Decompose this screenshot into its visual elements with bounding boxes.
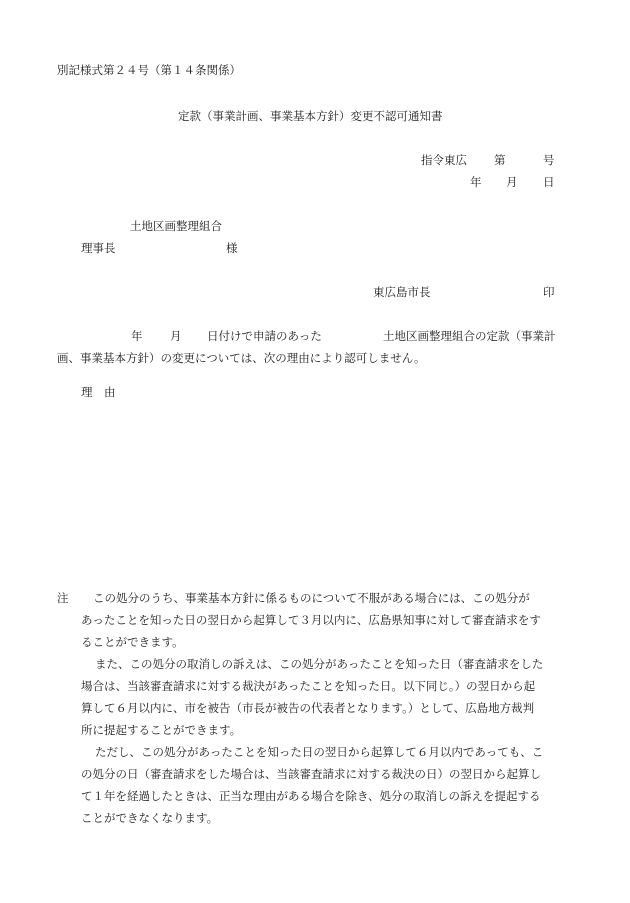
notes-p1-line: ることができます。: [81, 635, 184, 649]
notes-p3-line: て１年を経過したときは、正当な理由がある場合を除き、処分の取消しの訴えを提起する: [81, 789, 541, 803]
notes-p2-line: また、この処分の取消しの訴えは、この処分があったことを知った日（審査請求をした: [95, 657, 543, 671]
notes-mark: 注: [57, 591, 69, 605]
body-text-b: 土地区画整理組合の定款（事業計: [383, 329, 556, 343]
body-line-2: 画、事業基本方針）の変更については、次の理由により認可しません。: [57, 351, 425, 365]
date-day: 日: [543, 175, 555, 189]
document-title: 定款（事業計画、事業基本方針）変更不認可通知書: [178, 109, 443, 123]
issuer-name: 東広島市長: [373, 285, 431, 299]
addressee-association: 土地区画整理組合: [130, 219, 222, 233]
notes-p3-line: ただし、この処分があったことを知った日の翌日から起算して６月以内であっても、こ: [95, 745, 543, 759]
notes-p3-line: ことができなくなります。: [81, 811, 218, 825]
form-label: 別記様式第２４号（第１４条関係）: [57, 63, 241, 77]
reference-prefix: 指令東広: [421, 153, 467, 167]
notes-p3-line: の処分の日（審査請求をした場合は、当該審査請求に対する裁決の日）の翌日から起算し: [81, 767, 541, 781]
date-year: 年: [470, 175, 482, 189]
date-month: 月: [506, 175, 518, 189]
notes-p2-line: 所に提起することができます。: [81, 723, 241, 737]
reference-go: 号: [543, 153, 555, 167]
notes-p1-line: あったことを知った日の翌日から起算して３月以内に、広島県知事に対して審査請求をす: [81, 613, 541, 627]
reference-dai: 第: [494, 153, 506, 167]
addressee-honorific: 様: [226, 241, 238, 255]
notes-p2-line: 算して６月以内に、市を被告（市長が被告の代表者となります。）として、広島地方裁判: [81, 701, 534, 715]
body-month: 月: [170, 329, 182, 343]
reason-label: 理 由: [81, 385, 116, 399]
addressee-role: 理事長: [81, 241, 116, 255]
body-text-a: 日付けで申請のあった: [207, 329, 322, 343]
issuer-seal: 印: [543, 285, 555, 299]
notes-p2-line: 場合は、当該審査請求に対する裁決があったことを知った日。以下同じ。）の翌日から起: [81, 679, 535, 693]
body-year: 年: [131, 329, 143, 343]
notes-p1-line: この処分のうち、事業基本方針に係るものについて不服がある場合には、この処分が: [93, 591, 530, 605]
